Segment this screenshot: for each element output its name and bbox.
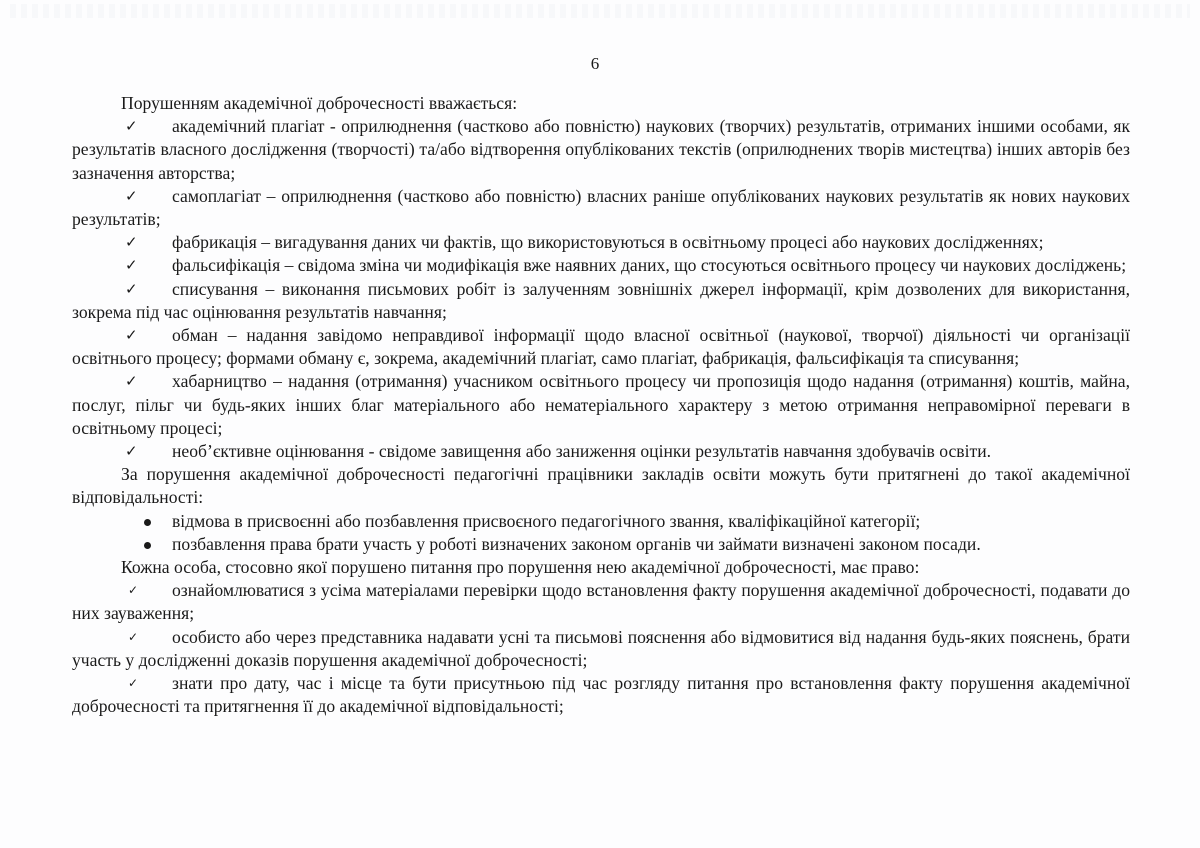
list-item-text: академічний плагіат - оприлюднення (част… bbox=[72, 116, 1130, 182]
check-icon: ✓ bbox=[125, 440, 138, 463]
list-item-text: самоплагіат – оприлюднення (частково або… bbox=[72, 186, 1130, 229]
list-item-text: фабрикація – вигадування даних чи фактів… bbox=[172, 232, 1043, 252]
check-icon: ✓ bbox=[125, 231, 138, 254]
liability-intro: За порушення академічної доброчесності п… bbox=[72, 463, 1130, 509]
list-item: ✓необ’єктивне оцінювання - свідоме завищ… bbox=[72, 440, 1130, 463]
document-body: Порушенням академічної доброчесності вва… bbox=[72, 92, 1130, 718]
list-item-text: фальсифікація – свідома зміна чи модифік… bbox=[172, 255, 1126, 275]
list-item-text: обман – надання завідомо неправдивої інф… bbox=[72, 325, 1130, 368]
check-icon: ✓ bbox=[128, 626, 138, 649]
list-item: ✓особисто або через представника надават… bbox=[72, 626, 1130, 672]
check-icon: ✓ bbox=[125, 115, 138, 138]
check-icon: ✓ bbox=[128, 672, 138, 695]
list-item: ✓списування – виконання письмових робіт … bbox=[72, 278, 1130, 324]
check-icon: ✓ bbox=[125, 185, 138, 208]
list-item-text: позбавлення права брати участь у роботі … bbox=[172, 534, 981, 554]
violations-intro: Порушенням академічної доброчесності вва… bbox=[72, 92, 1130, 115]
violations-list: ✓академічний плагіат - оприлюднення (час… bbox=[72, 115, 1130, 463]
list-item: ✓хабарництво – надання (отримання) учасн… bbox=[72, 370, 1130, 440]
check-icon: ✓ bbox=[125, 324, 138, 347]
list-item: ✓академічний плагіат - оприлюднення (час… bbox=[72, 115, 1130, 185]
list-item-text: відмова в присвоєнні або позбавлення при… bbox=[172, 511, 920, 531]
list-item-text: списування – виконання письмових робіт і… bbox=[72, 279, 1130, 322]
rights-list: ✓ознайомлюватися з усіма матеріалами пер… bbox=[72, 579, 1130, 718]
check-icon: ✓ bbox=[125, 278, 138, 301]
scan-artifact bbox=[10, 4, 1190, 18]
check-icon: ✓ bbox=[125, 254, 138, 277]
list-item: ✓обман – надання завідомо неправдивої ін… bbox=[72, 324, 1130, 370]
list-item-text: знати про дату, час і місце та бути прис… bbox=[72, 673, 1130, 716]
list-item: позбавлення права брати участь у роботі … bbox=[72, 533, 1130, 556]
bullet-icon bbox=[144, 542, 151, 549]
check-icon: ✓ bbox=[128, 579, 138, 602]
check-icon: ✓ bbox=[125, 370, 138, 393]
list-item-text: хабарництво – надання (отримання) учасни… bbox=[72, 371, 1130, 437]
bullet-icon bbox=[144, 519, 151, 526]
list-item-text: ознайомлюватися з усіма матеріалами пере… bbox=[72, 580, 1130, 623]
list-item: ✓ознайомлюватися з усіма матеріалами пер… bbox=[72, 579, 1130, 625]
page-number: 6 bbox=[0, 54, 1190, 74]
liabilities-list: відмова в присвоєнні або позбавлення при… bbox=[72, 510, 1130, 556]
document-page: 6 Порушенням академічної доброчесності в… bbox=[0, 0, 1200, 848]
list-item: ✓самоплагіат – оприлюднення (частково аб… bbox=[72, 185, 1130, 231]
list-item: ✓фабрикація – вигадування даних чи факті… bbox=[72, 231, 1130, 254]
list-item: ✓знати про дату, час і місце та бути при… bbox=[72, 672, 1130, 718]
rights-intro: Кожна особа, стосовно якої порушено пита… bbox=[72, 556, 1130, 579]
list-item-text: особисто або через представника надавати… bbox=[72, 627, 1130, 670]
list-item: ✓фальсифікація – свідома зміна чи модифі… bbox=[72, 254, 1130, 277]
list-item: відмова в присвоєнні або позбавлення при… bbox=[72, 510, 1130, 533]
list-item-text: необ’єктивне оцінювання - свідоме завище… bbox=[172, 441, 991, 461]
